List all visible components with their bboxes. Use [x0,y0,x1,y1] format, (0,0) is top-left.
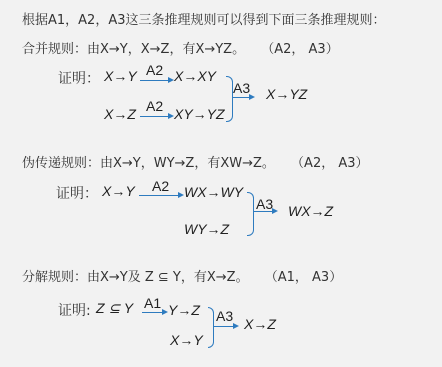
premise: WY→Z [184,221,229,237]
derived: Y→Z [168,302,200,318]
conclusion: X→Z [244,316,276,332]
proof-label: 证明: [58,300,91,320]
bracket-icon [208,307,214,348]
step-label: A3 [256,196,273,212]
arrow-icon [139,195,179,196]
conclusion: X→YZ [266,86,307,102]
step-label: A2 [146,98,163,114]
intro-text: 根据A1，A2，A3这三条推理规则可以得到下面三条推理规则： [22,9,386,28]
premise: X→Y [102,183,135,199]
rule-decomposition-axioms: （A1， A3） [265,270,342,285]
derived: WX→WY [184,184,243,200]
premise: Z ⊆ Y [96,300,133,317]
arrow-icon [142,312,163,313]
arrow-icon [232,97,250,98]
rule-decomposition-text: 分解规则：由X→Y及 Z ⊆ Y，有X→Z。 [22,270,249,285]
bracket-icon [247,192,254,236]
conclusion: WX→Z [288,203,333,219]
rule-pseudo-transitive-axioms: （A2， A3） [291,156,368,171]
arrow-icon [254,211,273,212]
rule-pseudo-transitive-statement: 伪传递规则：由X→Y，WY→Z，有XW→Z。 （A2， A3） [22,152,369,171]
step-label: A2 [152,178,169,194]
rule-decomposition-statement: 分解规则：由X→Y及 Z ⊆ Y，有X→Z。 （A1， A3） [22,266,342,285]
arrow-icon [140,116,169,117]
step-label: A3 [233,80,250,96]
premise: X→Y [104,68,137,84]
bracket-icon [226,76,233,122]
rule-pseudo-transitive-text: 伪传递规则：由X→Y，WY→Z，有XW→Z。 [22,156,275,171]
proof-label: 证明： [56,183,98,203]
derived: X→XY [174,68,216,84]
rule-merge-text: 合并规则：由X→Y，X→Z，有X→YZ。 [22,42,245,57]
step-label: A3 [216,308,233,324]
premise: X→Z [104,106,136,122]
arrow-icon [213,326,234,327]
step-label: A1 [144,295,161,311]
step-label: A2 [146,62,163,78]
derived: XY→YZ [174,106,225,122]
proof-label: 证明： [58,68,100,88]
rule-merge-statement: 合并规则：由X→Y，X→Z，有X→YZ。 （A2， A3） [22,38,339,57]
premise: X→Y [170,332,203,348]
arrow-icon [140,80,169,81]
rule-merge-axioms: （A2， A3） [261,42,338,57]
